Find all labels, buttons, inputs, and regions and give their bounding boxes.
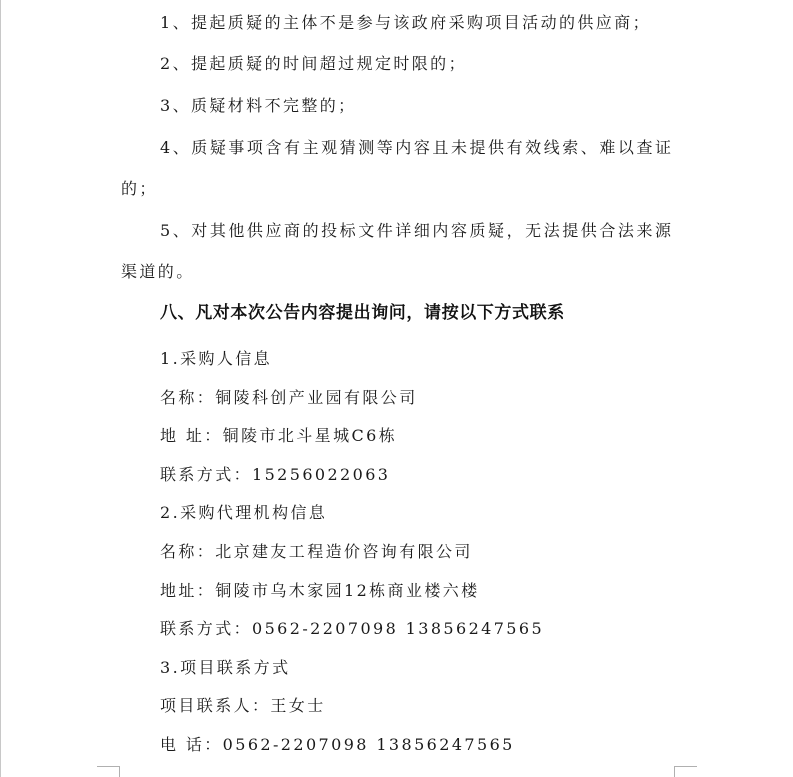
agency-address: 地址：铜陵市乌木家园12栋商业楼六楼 xyxy=(160,581,480,601)
disqualification-item-4-continuation: 的； xyxy=(121,179,158,199)
disqualification-item-5: 5、对其他供应商的投标文件详细内容质疑，无法提供合法来源 xyxy=(160,221,671,241)
project-contact-person: 项目联系人：王女士 xyxy=(160,696,326,716)
disqualification-item-4: 4、质疑事项含有主观猜测等内容且未提供有效线索、难以查证 xyxy=(160,138,671,158)
disqualification-item-2: 2、提起质疑的时间超过规定时限的； xyxy=(160,54,467,74)
disqualification-item-1: 1、提起质疑的主体不是参与该政府采购项目活动的供应商； xyxy=(160,13,651,33)
purchaser-info-title: 1.采购人信息 xyxy=(160,349,272,369)
page-left-edge xyxy=(0,0,1,777)
margin-corner-mark-left xyxy=(97,766,120,777)
agency-contact: 联系方式：0562-2207098 13856247565 xyxy=(160,619,544,639)
project-contact-title: 3.项目联系方式 xyxy=(160,658,290,678)
disqualification-item-3: 3、质疑材料不完整的； xyxy=(160,96,357,116)
section-heading: 八、凡对本次公告内容提出询问，请按以下方式联系 xyxy=(160,303,565,323)
agency-name: 名称：北京建友工程造价咨询有限公司 xyxy=(160,542,473,562)
purchaser-address: 地 址：铜陵市北斗星城C6栋 xyxy=(160,426,397,446)
purchaser-name: 名称：铜陵科创产业园有限公司 xyxy=(160,388,418,408)
agency-info-title: 2.采购代理机构信息 xyxy=(160,503,327,523)
margin-corner-mark-right xyxy=(674,766,697,777)
project-contact-phone: 电 话：0562-2207098 13856247565 xyxy=(160,735,515,755)
disqualification-item-5-continuation: 渠道的。 xyxy=(121,262,195,282)
purchaser-contact: 联系方式：15256022063 xyxy=(160,465,390,485)
